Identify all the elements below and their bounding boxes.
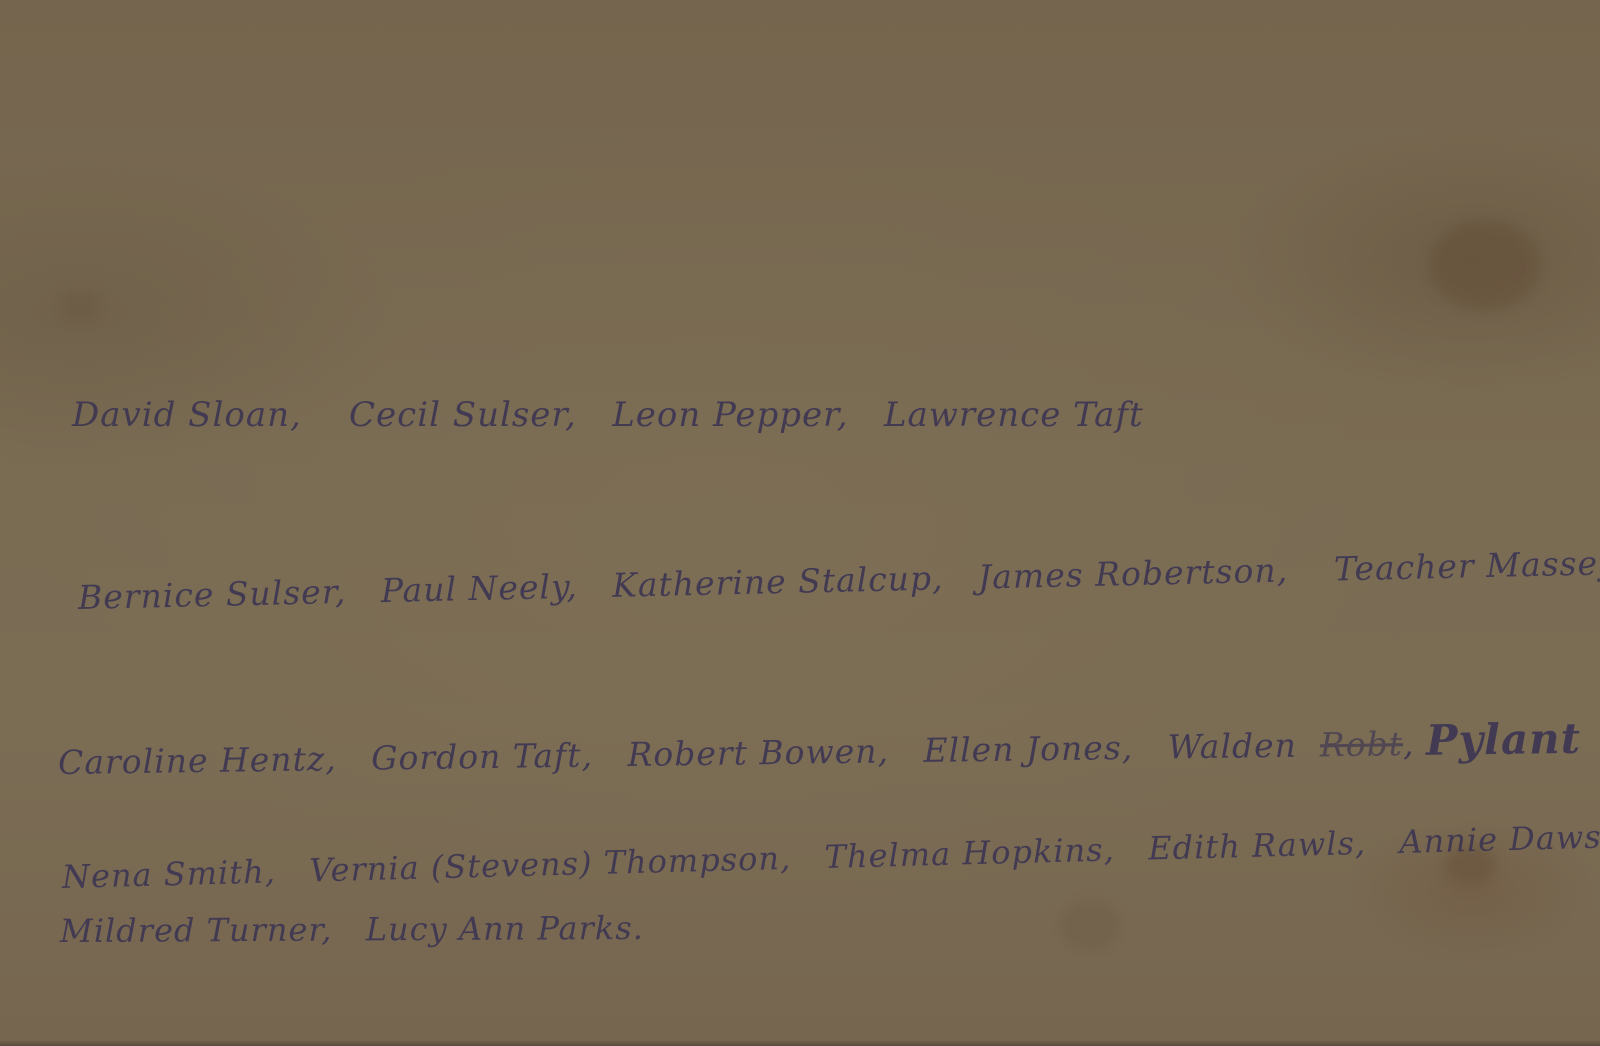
paper-stain [60,290,100,325]
name: David Sloan [72,395,290,435]
card-bottom-edge [0,1040,1600,1046]
name: Katherine Stalcup [612,559,933,605]
name: Caroline Hentz [58,739,326,782]
name: Lawrence Taft [884,395,1144,435]
name: Annie Dawson [1399,817,1600,861]
name: Leon Pepper [612,395,837,435]
name: Robert Bowen [627,732,878,774]
photo-card-back: David Sloan, Cecil Sulser, Leon Pepper, … [0,0,1600,1046]
struck-word: Robt [1320,724,1404,764]
name: Thelma Hopkins [824,831,1104,876]
name: Walden [1167,726,1297,767]
name: Mildred Turner [60,911,321,950]
name: James Robertson [978,551,1277,597]
name: Pylant [1426,714,1582,765]
name: Paul Neely [380,567,566,610]
handwritten-line-1: David Sloan, Cecil Sulser, Leon Pepper, … [72,395,1144,435]
name: Nena Smith [62,853,266,896]
name: Ellen Jones [923,728,1122,770]
handwritten-line-4: Nena Smith, Vernia (Stevens) Thompson, T… [62,817,1600,896]
name: Vernia (Stevens) Thompson [309,839,781,889]
name: Cecil Sulser [349,395,565,435]
handwritten-line-2: Bernice Sulser, Paul Neely, Katherine St… [78,541,1600,617]
handwritten-line-5: Mildred Turner, Lucy Ann Parks. [60,909,644,950]
paper-stain [1060,900,1120,950]
name: Edith Rawls [1148,824,1356,867]
name: Gordon Taft [371,736,582,778]
name: Bernice Sulser [78,572,336,617]
handwritten-line-3: Caroline Hentz, Gordon Taft, Robert Bowe… [58,714,1582,784]
name: Lucy Ann Parks. [366,909,644,948]
paper-stain [1430,220,1540,310]
name: Teacher Massey Rob [1334,541,1600,588]
